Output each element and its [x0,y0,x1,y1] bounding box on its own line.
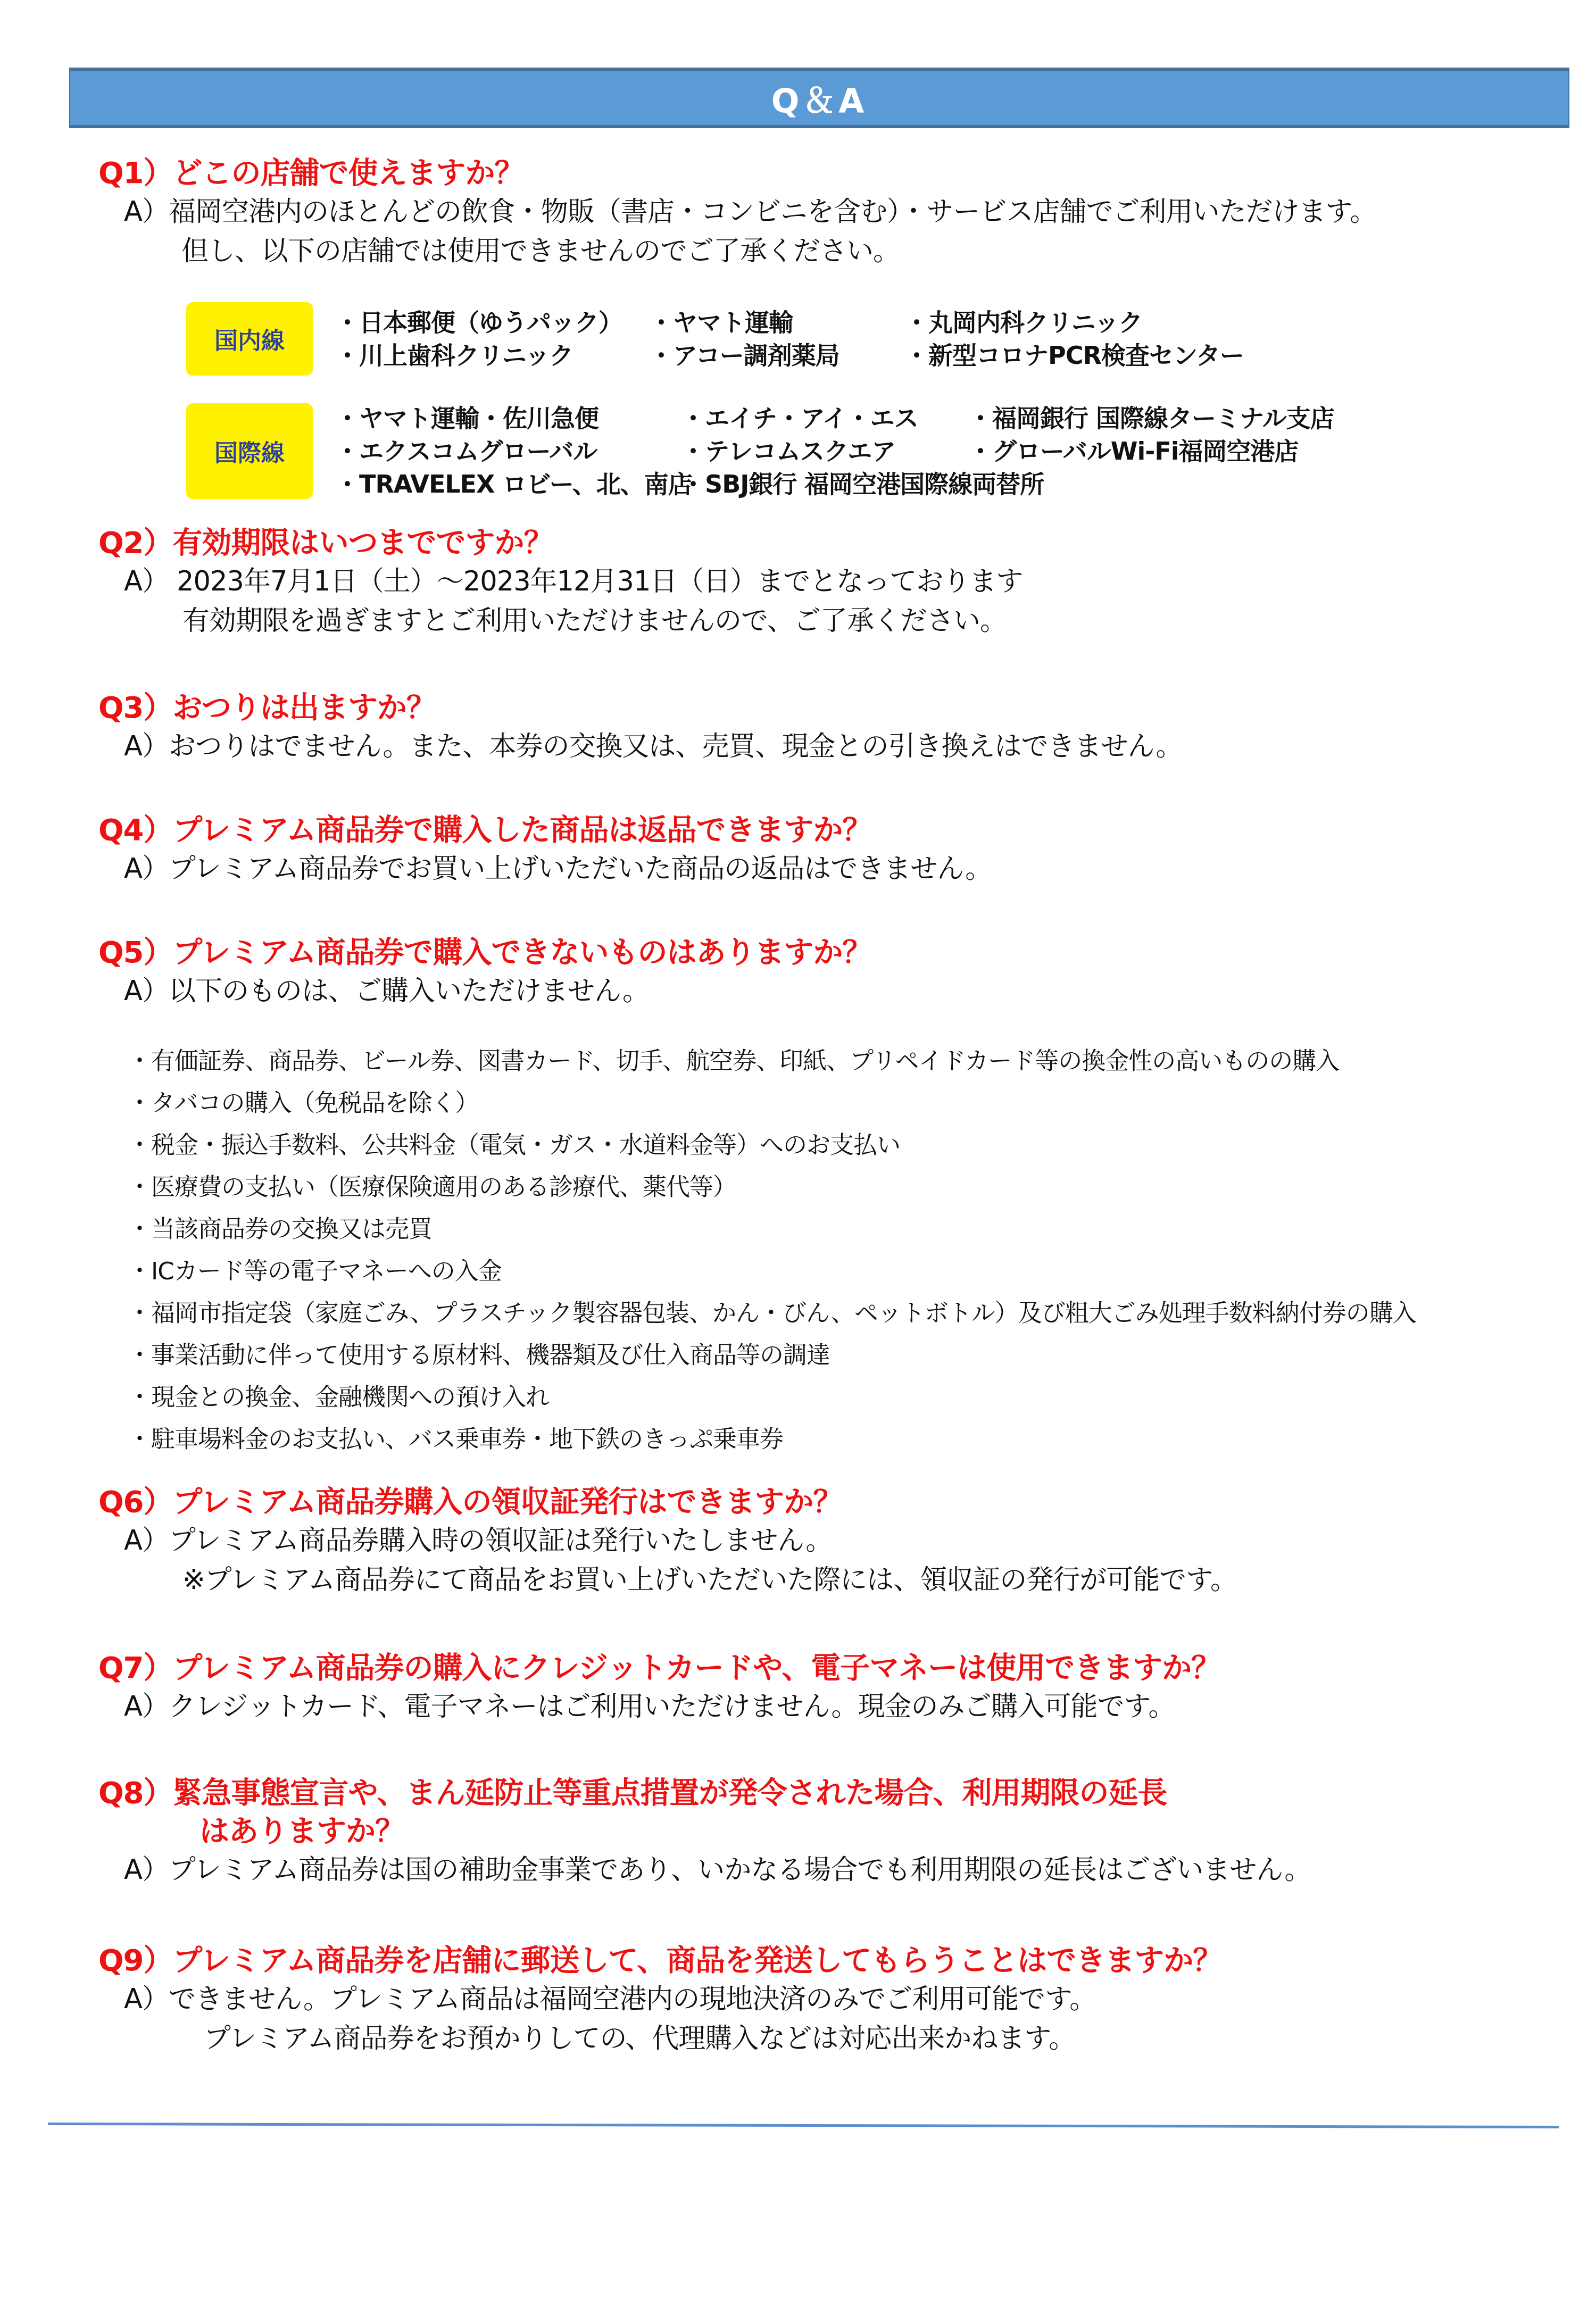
restricted-item: ・事業活動に伴って使用する原材料、機器類及び仕入商品等の調達 [128,1334,1416,1376]
answer-9-line-2: プレミアム商品券をお預かりしての、代理購入などは対応出来かねます。 [124,2019,1222,2059]
answer-3: A）おつりはでません。また、本券の交換又は、売買、現金との引き換えはできません。 [98,727,1183,767]
question-1: Q1）どこの店舗で使えますか？ [98,154,1376,193]
store-item: ・新型コロナPCR検査センター [904,339,1244,372]
answer-4: A）プレミアム商品券でお買い上げいただいた商品の返品はできません。 [98,850,992,889]
answer-7-line-1: A）クレジットカード、電子マネーはご利用いただけません。現金のみご購入可能です。 [124,1691,1175,1722]
restricted-item: ・当該商品券の交換又は売買 [128,1208,1416,1250]
answer-6-line-2: ※プレミアム商品券にて商品をお買い上げいただいた際には、領収証の発行が可能です。 [124,1561,1237,1600]
qa-item-1: Q1）どこの店舗で使えますか？ A）福岡空港内のほとんどの飲食・物販（書店・コン… [98,154,1376,271]
store-item: ・ヤマト運輸 [649,306,904,339]
question-8: Q8）緊急事態宣言や、まん延防止等重点措置が発令された場合、利用期限の延長 はあ… [98,1774,1311,1851]
qa-item-8: Q8）緊急事態宣言や、まん延防止等重点措置が発令された場合、利用期限の延長 はあ… [98,1774,1311,1890]
qa-item-5: Q5）プレミアム商品券で購入できないものはありますか？ A）以下のものは、ご購入… [98,934,871,1011]
qa-item-3: Q3）おつりは出ますか？ A）おつりはでません。また、本券の交換又は、売買、現金… [98,689,1183,767]
restricted-items-list: ・有価証券、商品券、ビール券、図書カード、切手、航空券、印紙、プリペイドカード等… [128,1040,1416,1460]
restricted-item: ・ICカード等の電子マネーへの入金 [128,1250,1416,1292]
question-8-line-2: はありますか？ [98,1812,1311,1851]
answer-4-line-1: A）プレミアム商品券でお買い上げいただいた商品の返品はできません。 [124,853,992,885]
store-item: ・川上歯科クリニック [335,339,649,372]
question-2: Q2）有効期限はいつまでですか？ [98,524,1023,562]
answer-1: A）福岡空港内のほとんどの飲食・物販（書店・コンビニを含む）・サービス店舗でご利… [98,193,1376,271]
restricted-item: ・福岡市指定袋（家庭ごみ、プラスチック製容器包装、かん・びん、ペットボトル）及び… [128,1292,1416,1334]
restricted-item: ・駐車場料金のお支払い、バス乗車券・地下鉄のきっぷ乗車券 [128,1418,1416,1460]
store-item: ・日本郵便（ゆうパック） [335,306,649,339]
question-5: Q5）プレミアム商品券で購入できないものはありますか？ [98,934,871,972]
qa-item-7: Q7）プレミアム商品券の購入にクレジットカードや、電子マネーは使用できますか？ … [98,1649,1220,1727]
qa-item-9: Q9）プレミアム商品券を店舗に郵送して、商品を発送してもらうことはできますか？ … [98,1942,1222,2059]
answer-8: A）プレミアム商品券は国の補助金事業であり、いかなる場合でも利用期限の延長はござ… [98,1851,1311,1890]
domestic-store-list: ・日本郵便（ゆうパック） ・ヤマト運輸 ・丸岡内科クリニック ・川上歯科クリニッ… [335,306,1244,372]
answer-2-line-1: A） 2023年7月1日（土）～2023年12月31日（日）までとなっております [124,566,1023,597]
domestic-store-block: 国内線 ・日本郵便（ゆうパック） ・ヤマト運輸 ・丸岡内科クリニック ・川上歯科… [186,302,1244,376]
answer-3-line-1: A）おつりはでません。また、本券の交換又は、売買、現金との引き換えはできません。 [124,731,1183,762]
question-3: Q3）おつりは出ますか？ [98,689,1183,727]
international-store-list: ・ヤマト運輸 ・佐川急便 ・エイチ・アイ・エス ・福岡銀行 国際線ターミナル支店… [335,402,1334,501]
domestic-badge: 国内線 [186,302,313,376]
question-4: Q4）プレミアム商品券で購入した商品は返品できますか？ [98,811,992,850]
question-9: Q9）プレミアム商品券を店舗に郵送して、商品を発送してもらうことはできますか？ [98,1942,1222,1980]
answer-8-line-1: A）プレミアム商品券は国の補助金事業であり、いかなる場合でも利用期限の延長はござ… [124,1854,1311,1886]
qa-page: Q＆A Q1）どこの店舗で使えますか？ A）福岡空港内のほとんどの飲食・物販（書… [0,0,1596,2305]
international-badge: 国際線 [186,403,313,499]
store-item: ・佐川急便 [479,402,681,435]
qa-item-4: Q4）プレミアム商品券で購入した商品は返品できますか？ A）プレミアム商品券でお… [98,811,992,889]
answer-1-line-1: A）福岡空港内のほとんどの飲食・物販（書店・コンビニを含む）・サービス店舗でご利… [124,196,1376,228]
store-item: ・エクスコムグローバル [335,435,681,468]
restricted-item: ・タバコの購入（免税品を除く） [128,1082,1416,1124]
store-item: ・エイチ・アイ・エス [681,402,968,435]
question-8-line-1: Q8）緊急事態宣言や、まん延防止等重点措置が発令された場合、利用期限の延長 [98,1776,1167,1810]
store-item: ・TRAVELEX ロビー、北、南店 [335,468,681,501]
store-item: ・丸岡内科クリニック [904,306,1244,339]
answer-2-line-2: 有効期限を過ぎますとご利用いただけませんので、ご了承ください。 [124,602,1023,641]
store-item: ・福岡銀行 国際線ターミナル支店 [968,402,1334,435]
store-item: ・アコー調剤薬局 [649,339,904,372]
store-item: ・グローバルWi-Fi福岡空港店 [968,435,1334,468]
restricted-item: ・有価証券、商品券、ビール券、図書カード、切手、航空券、印紙、プリペイドカード等… [128,1040,1416,1082]
answer-5: A）以下のものは、ご購入いただけません。 [98,972,871,1011]
international-store-block: 国際線 ・ヤマト運輸 ・佐川急便 ・エイチ・アイ・エス ・福岡銀行 国際線ターミ… [186,402,1334,501]
restricted-item: ・医療費の支払い（医療保険適用のある診療代、薬代等） [128,1166,1416,1208]
qa-header-bar: Q＆A [69,68,1569,128]
qa-item-6: Q6）プレミアム商品券購入の領収証発行はできますか？ A）プレミアム商品券購入時… [98,1483,1237,1600]
question-6: Q6）プレミアム商品券購入の領収証発行はできますか？ [98,1483,1237,1521]
answer-2: A） 2023年7月1日（土）～2023年12月31日（日）までとなっております… [98,562,1023,641]
store-item: ・SBJ銀行 福岡空港国際線両替所 [681,468,1334,501]
answer-1-line-2: 但し、以下の店舗では使用できませんのでご了承ください。 [124,232,1376,271]
answer-9-line-1: A）できません。プレミアム商品は福岡空港内の現地決済のみでご利用可能です。 [124,1984,1096,2015]
answer-6: A）プレミアム商品券購入時の領収証は発行いたしません。 ※プレミアム商品券にて商… [98,1521,1237,1600]
footer-divider [48,2123,1559,2128]
restricted-item: ・税金・振込手数料、公共料金（電気・ガス・水道料金等）へのお支払い [128,1124,1416,1166]
question-7: Q7）プレミアム商品券の購入にクレジットカードや、電子マネーは使用できますか？ [98,1649,1220,1687]
answer-5-line-1: A）以下のものは、ご購入いただけません。 [124,976,649,1007]
answer-6-line-1: A）プレミアム商品券購入時の領収証は発行いたしません。 [124,1525,832,1557]
answer-9: A）できません。プレミアム商品は福岡空港内の現地決済のみでご利用可能です。 プレ… [98,1980,1222,2059]
answer-7: A）クレジットカード、電子マネーはご利用いただけません。現金のみご購入可能です。 [98,1687,1220,1727]
page-title: Q＆A [771,74,868,122]
restricted-item: ・現金との換金、金融機関への預け入れ [128,1376,1416,1418]
store-item: ・テレコムスクエア [681,435,968,468]
store-item: ・ヤマト運輸 [335,402,479,435]
qa-item-2: Q2）有効期限はいつまでですか？ A） 2023年7月1日（土）～2023年12… [98,524,1023,641]
